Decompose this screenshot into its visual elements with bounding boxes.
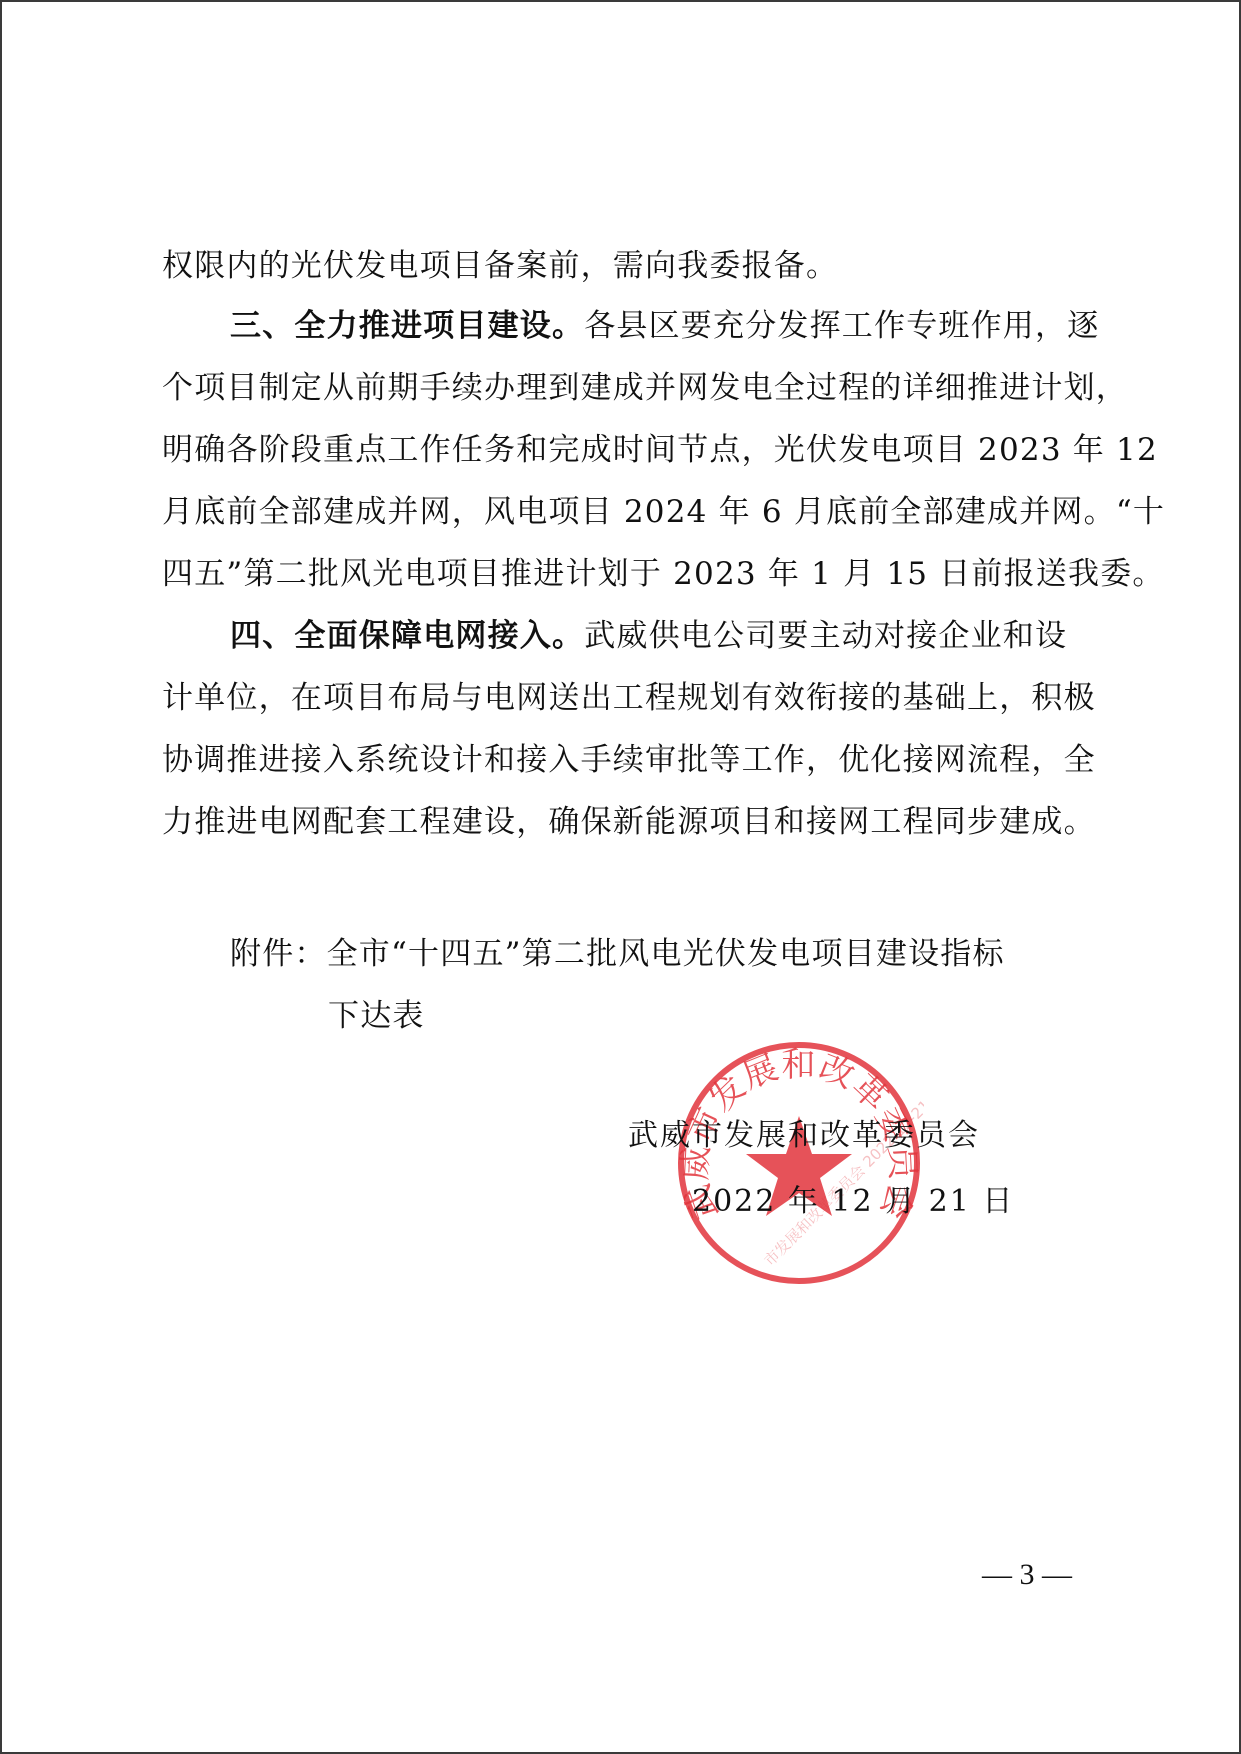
body-line: 明确各阶段重点工作任务和完成时间节点，光伏发电项目 2023 年 12 <box>162 424 1158 469</box>
body-line: 计单位，在项目布局与电网送出工程规划有效衔接的基础上，积极 <box>162 672 1096 717</box>
attachment-line-2: 下达表 <box>328 990 425 1035</box>
body-line: 力推进电网配套工程建设，确保新能源项目和接网工程同步建成。 <box>162 796 1096 841</box>
body-line: 权限内的光伏发电项目备案前，需向我委报备。 <box>162 240 838 285</box>
body-line: 协调推进接入系统设计和接入手续审批等工作，优化接网流程，全 <box>162 734 1096 779</box>
body-line: 四五”第二批风光电项目推进计划于 2023 年 1 月 15 日前报送我委。 <box>162 548 1165 593</box>
body-line: 月底前全部建成并网，风电项目 2024 年 6 月底前全部建成并网。“十 <box>162 486 1165 531</box>
section-3-paragraph: 三、全力推进项目建设。各县区要充分发挥工作专班作用，逐 <box>230 300 1099 345</box>
official-seal-icon: 武威市发展和改革委员会 市发展和改革委员会 2022-12-21 <box>674 1038 924 1288</box>
section-3-heading: 三、全力推进项目建设。 <box>230 308 584 344</box>
attachment-label: 附件： <box>230 936 327 972</box>
attachment-title: 全市“十四五”第二批风电光伏发电项目建设指标 <box>327 936 1005 972</box>
signature-date: 2022 年 12 月 21 日 <box>692 1176 1014 1220</box>
section-4-text: 武威供电公司要主动对接企业和设 <box>584 618 1067 654</box>
page-number: — 3 — <box>982 1558 1072 1592</box>
body-line: 个项目制定从前期手续办理到建成并网发电全过程的详细推进计划， <box>162 362 1128 407</box>
section-4-heading: 四、全面保障电网接入。 <box>230 618 584 654</box>
signature-organization: 武威市发展和改革委员会 <box>628 1110 980 1154</box>
section-4-paragraph: 四、全面保障电网接入。武威供电公司要主动对接企业和设 <box>230 610 1067 655</box>
document-page: 权限内的光伏发电项目备案前，需向我委报备。 三、全力推进项目建设。各县区要充分发… <box>0 0 1241 1754</box>
section-3-text: 各县区要充分发挥工作专班作用，逐 <box>584 308 1099 344</box>
attachment-line-1: 附件：全市“十四五”第二批风电光伏发电项目建设指标 <box>230 928 1005 973</box>
